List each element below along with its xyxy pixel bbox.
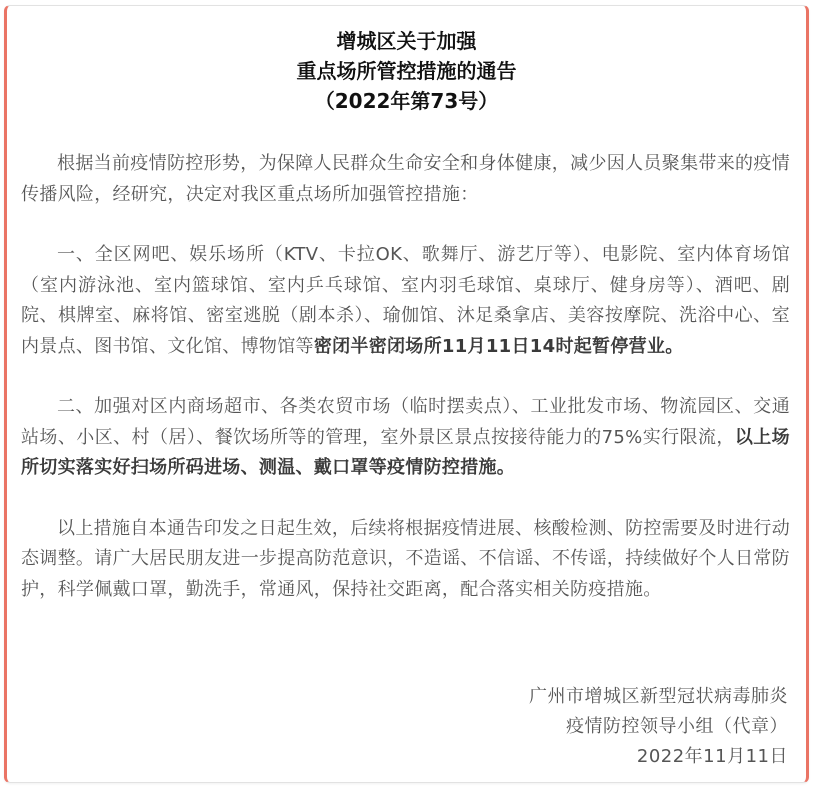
signature-org-line-2: 疫情防控领导小组（代章）: [529, 712, 788, 742]
notice-title: 增城区关于加强 重点场所管控措施的通告 （2022年第73号）: [7, 26, 806, 116]
paragraph-measure-1: 一、全区网吧、娱乐场所（KTV、卡拉OK、歌舞厅、游艺厅等）、电影院、室内体育场…: [21, 240, 790, 362]
paragraph-text: 以上措施自本通告印发之日起生效，后续将根据疫情进展、核酸检测、防控需要及时进行动…: [21, 518, 790, 600]
paragraph-intro: 根据当前疫情防控形势，为保障人民群众生命安全和身体健康，减少因人员聚集带来的疫情…: [21, 149, 790, 210]
title-line-1: 增城区关于加强: [7, 26, 806, 56]
notice-body: 根据当前疫情防控形势，为保障人民群众生命安全和身体健康，减少因人员聚集带来的疫情…: [21, 149, 790, 605]
signature-date: 2022年11月11日: [529, 742, 788, 772]
paragraph-effective: 以上措施自本通告印发之日起生效，后续将根据疫情进展、核酸检测、防控需要及时进行动…: [21, 514, 790, 606]
signature-org-line-1: 广州市增城区新型冠状病毒肺炎: [529, 682, 788, 712]
paragraph-measure-2: 二、加强对区内商场超市、各类农贸市场（临时摆卖点）、工业批发市场、物流园区、交通…: [21, 392, 790, 484]
title-line-3-doc-number: （2022年第73号）: [7, 86, 806, 116]
paragraph-text: 二、加强对区内商场超市、各类农贸市场（临时摆卖点）、工业批发市场、物流园区、交通…: [21, 396, 790, 448]
notice-card: 增城区关于加强 重点场所管控措施的通告 （2022年第73号） 根据当前疫情防控…: [4, 5, 809, 783]
signature-block: 广州市增城区新型冠状病毒肺炎 疫情防控领导小组（代章） 2022年11月11日: [529, 682, 788, 772]
paragraph-emphasis: 密闭半密闭场所11月11日14时起暂停营业。: [314, 336, 684, 357]
paragraph-text: 根据当前疫情防控形势，为保障人民群众生命安全和身体健康，减少因人员聚集带来的疫情…: [21, 153, 790, 205]
title-line-2: 重点场所管控措施的通告: [7, 56, 806, 86]
